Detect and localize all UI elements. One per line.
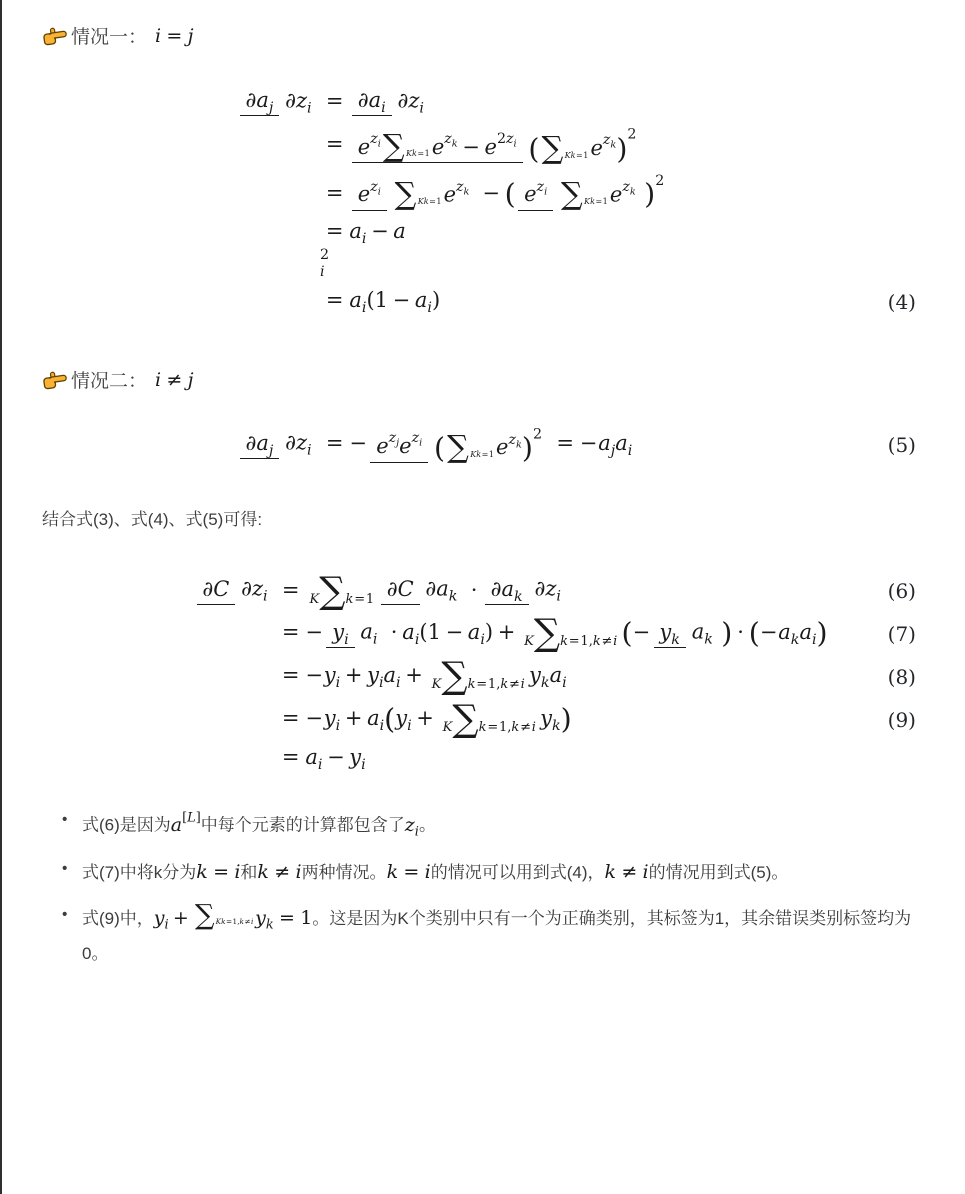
equation-rhs: =K∑k=1∂C∂ak⋅∂ak∂zi [276, 574, 569, 609]
sum-operator: ∑Kk=1 [561, 185, 608, 209]
note-text: 的情况用到式(5)。 [649, 863, 789, 882]
case1-heading: 情况一： i=j [42, 22, 965, 49]
inline-math: zi [405, 814, 419, 836]
inline-math: k=i [387, 861, 431, 883]
case2-heading: 情况二： i≠j [42, 366, 965, 393]
equation-number: (9) [888, 708, 916, 732]
note-text: 式(9)中， [82, 909, 154, 928]
equation-row: ∂aj∂zi=−ezjezi(∑Kk=1ezk)2=−ajai(5) [42, 421, 965, 468]
note-text: 式(7)中将k分为 [82, 863, 196, 882]
list-item: 式(9)中，yi+∑Kk=1,k≠iyk=1。这是因为K个类别中只有一个为正确类… [82, 900, 937, 971]
equation-number: (7) [888, 622, 916, 646]
equation-block-case1: ∂aj∂zi=∂ai∂zi=ezi∑Kk=1ezk−e2zi(∑Kk=1ezk)… [42, 83, 965, 320]
equation-block-combined: ∂C∂zi=K∑k=1∂C∂ak⋅∂ak∂zi(6)=−yiai⋅ai(1−ai… [42, 570, 965, 778]
equation-rhs: =−ezjezi(∑Kk=1ezk)2=−ajai [320, 425, 632, 464]
sum-operator: ∑Kk=1 [447, 438, 494, 462]
case2-label: 情况二： [71, 366, 147, 393]
equation-row: ∂C∂zi=K∑k=1∂C∂ak⋅∂ak∂zi(6) [42, 570, 965, 613]
note-text: 的情况可以用到式(4)， [431, 863, 605, 882]
list-item: 式(6)是因为a[L]中每个元素的计算都包含了zi。 [82, 805, 937, 844]
equation-rhs: =−yi+yiai+K∑k=1,k≠iykai [276, 659, 567, 694]
sum-operator: K∑k=1,k≠i [443, 712, 536, 736]
note-text: 和 [240, 863, 257, 882]
equation-rhs: =∂ai∂zi [320, 87, 432, 118]
equation-rhs: =−yiai⋅ai(1−ai)+K∑k=1,k≠i(−ykak)⋅(−akai) [276, 616, 828, 651]
equation-number: (6) [888, 579, 916, 603]
equation-number: (5) [888, 433, 916, 457]
paragraph-text: 结合式(3)、式(4)、式(5)可得: [42, 505, 965, 530]
page: { "colors":{ "background":"#ffffff","lef… [0, 0, 965, 1194]
inline-math: k≠i [257, 861, 301, 883]
note-text: 式(6)是因为 [82, 816, 171, 835]
case1-math: i=j [155, 25, 194, 47]
equation-number: (4) [888, 290, 916, 314]
equation-row: =−yi+ai(yi+K∑k=1,k≠iyk)(9) [42, 698, 965, 741]
equation-lhs: ∂C∂zi [42, 576, 276, 607]
equation-rhs: =ezi∑Kk=1ezk−e2zi(∑Kk=1ezk)2 [320, 126, 645, 165]
pointing-hand-icon [42, 369, 68, 391]
case2-math: i≠j [155, 369, 194, 391]
inline-math: a[L] [171, 814, 201, 836]
equation-rhs: =ezi∑Kk=1ezk−(ezi∑Kk=1ezk)2 [320, 173, 664, 211]
equation-row: ∂aj∂zi=∂ai∂zi [42, 83, 965, 122]
inline-math: k≠i [604, 861, 648, 883]
sum-operator: ∑Kk=1 [542, 139, 589, 163]
equation-rhs: =ai(1−ai) [320, 288, 440, 316]
equation-number: (8) [888, 665, 916, 689]
note-text: 。 [419, 816, 436, 835]
sum-operator: K∑k=1 [310, 584, 375, 608]
case1-label: 情况一： [71, 22, 147, 49]
sum-operator: K∑k=1,k≠i [524, 626, 617, 650]
equation-rhs: =ai−a2i [320, 219, 406, 280]
inline-math: yi+∑Kk=1,k≠iyk=1 [154, 907, 313, 929]
equation-row: =ai−a2i [42, 215, 965, 284]
note-text: 两种情况。 [302, 863, 387, 882]
equation-block-case2: ∂aj∂zi=−ezjezi(∑Kk=1ezk)2=−ajai(5) [42, 421, 965, 468]
sum-operator: ∑Kk=1,k≠i [195, 907, 253, 929]
equation-lhs: ∂aj∂zi [42, 87, 320, 118]
sum-operator: ∑Kk=1 [383, 137, 430, 161]
equation-rhs: =ai−yi [276, 745, 366, 773]
inline-math: k=i [196, 861, 240, 883]
sum-operator: ∑Kk=1 [395, 185, 442, 209]
equation-row: =−yiai⋅ai(1−ai)+K∑k=1,k≠i(−ykak)⋅(−akai)… [42, 612, 965, 655]
equation-row: =ai(1−ai)(4) [42, 284, 965, 320]
equation-row: =ai−yi [42, 741, 965, 777]
equation-row: =ezi∑Kk=1ezk−e2zi(∑Kk=1ezk)2 [42, 122, 965, 169]
pointing-hand-icon [42, 25, 68, 47]
notes-list: 式(6)是因为a[L]中每个元素的计算都包含了zi。式(7)中将k分为k=i和k… [42, 805, 965, 970]
equation-lhs: ∂aj∂zi [42, 430, 320, 461]
sum-operator: K∑k=1,k≠i [432, 669, 525, 693]
note-text: 中每个元素的计算都包含了 [201, 816, 405, 835]
list-item: 式(7)中将k分为k=i和k≠i两种情况。k=i的情况可以用到式(4)，k≠i的… [82, 854, 937, 891]
equation-rhs: =−yi+ai(yi+K∑k=1,k≠iyk) [276, 702, 572, 737]
equation-row: =ezi∑Kk=1ezk−(ezi∑Kk=1ezk)2 [42, 169, 965, 215]
equation-row: =−yi+yiai+K∑k=1,k≠iykai(8) [42, 655, 965, 698]
